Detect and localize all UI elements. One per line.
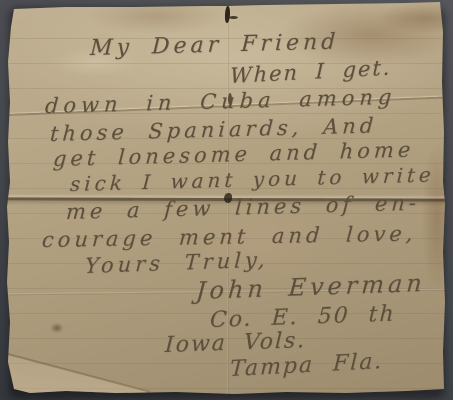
closing-line: Yours Truly, — [84, 250, 269, 277]
ink-blot-top-tick — [229, 16, 238, 19]
letter-paper: My Dear Friend When I get. down in Cuba … — [6, 2, 445, 394]
signature-regiment: Iowa Vols. — [164, 330, 306, 357]
corner-fold-crease — [3, 352, 150, 393]
body-line-7: courage ment and love, — [41, 223, 417, 251]
body-line-6: me a few lines of en- — [65, 193, 420, 223]
signature-name: John Everman — [195, 271, 426, 303]
photo-backdrop: My Dear Friend When I get. down in Cuba … — [0, 0, 453, 400]
ink-blot-top — [224, 6, 230, 23]
body-line-1: When I get. — [230, 58, 392, 88]
corner-fold-flap — [6, 348, 152, 394]
signature-location: Tampa Fla. — [229, 351, 383, 381]
body-line-2: down in Cuba among — [44, 87, 397, 117]
salutation-line: My Dear Friend — [90, 31, 340, 60]
